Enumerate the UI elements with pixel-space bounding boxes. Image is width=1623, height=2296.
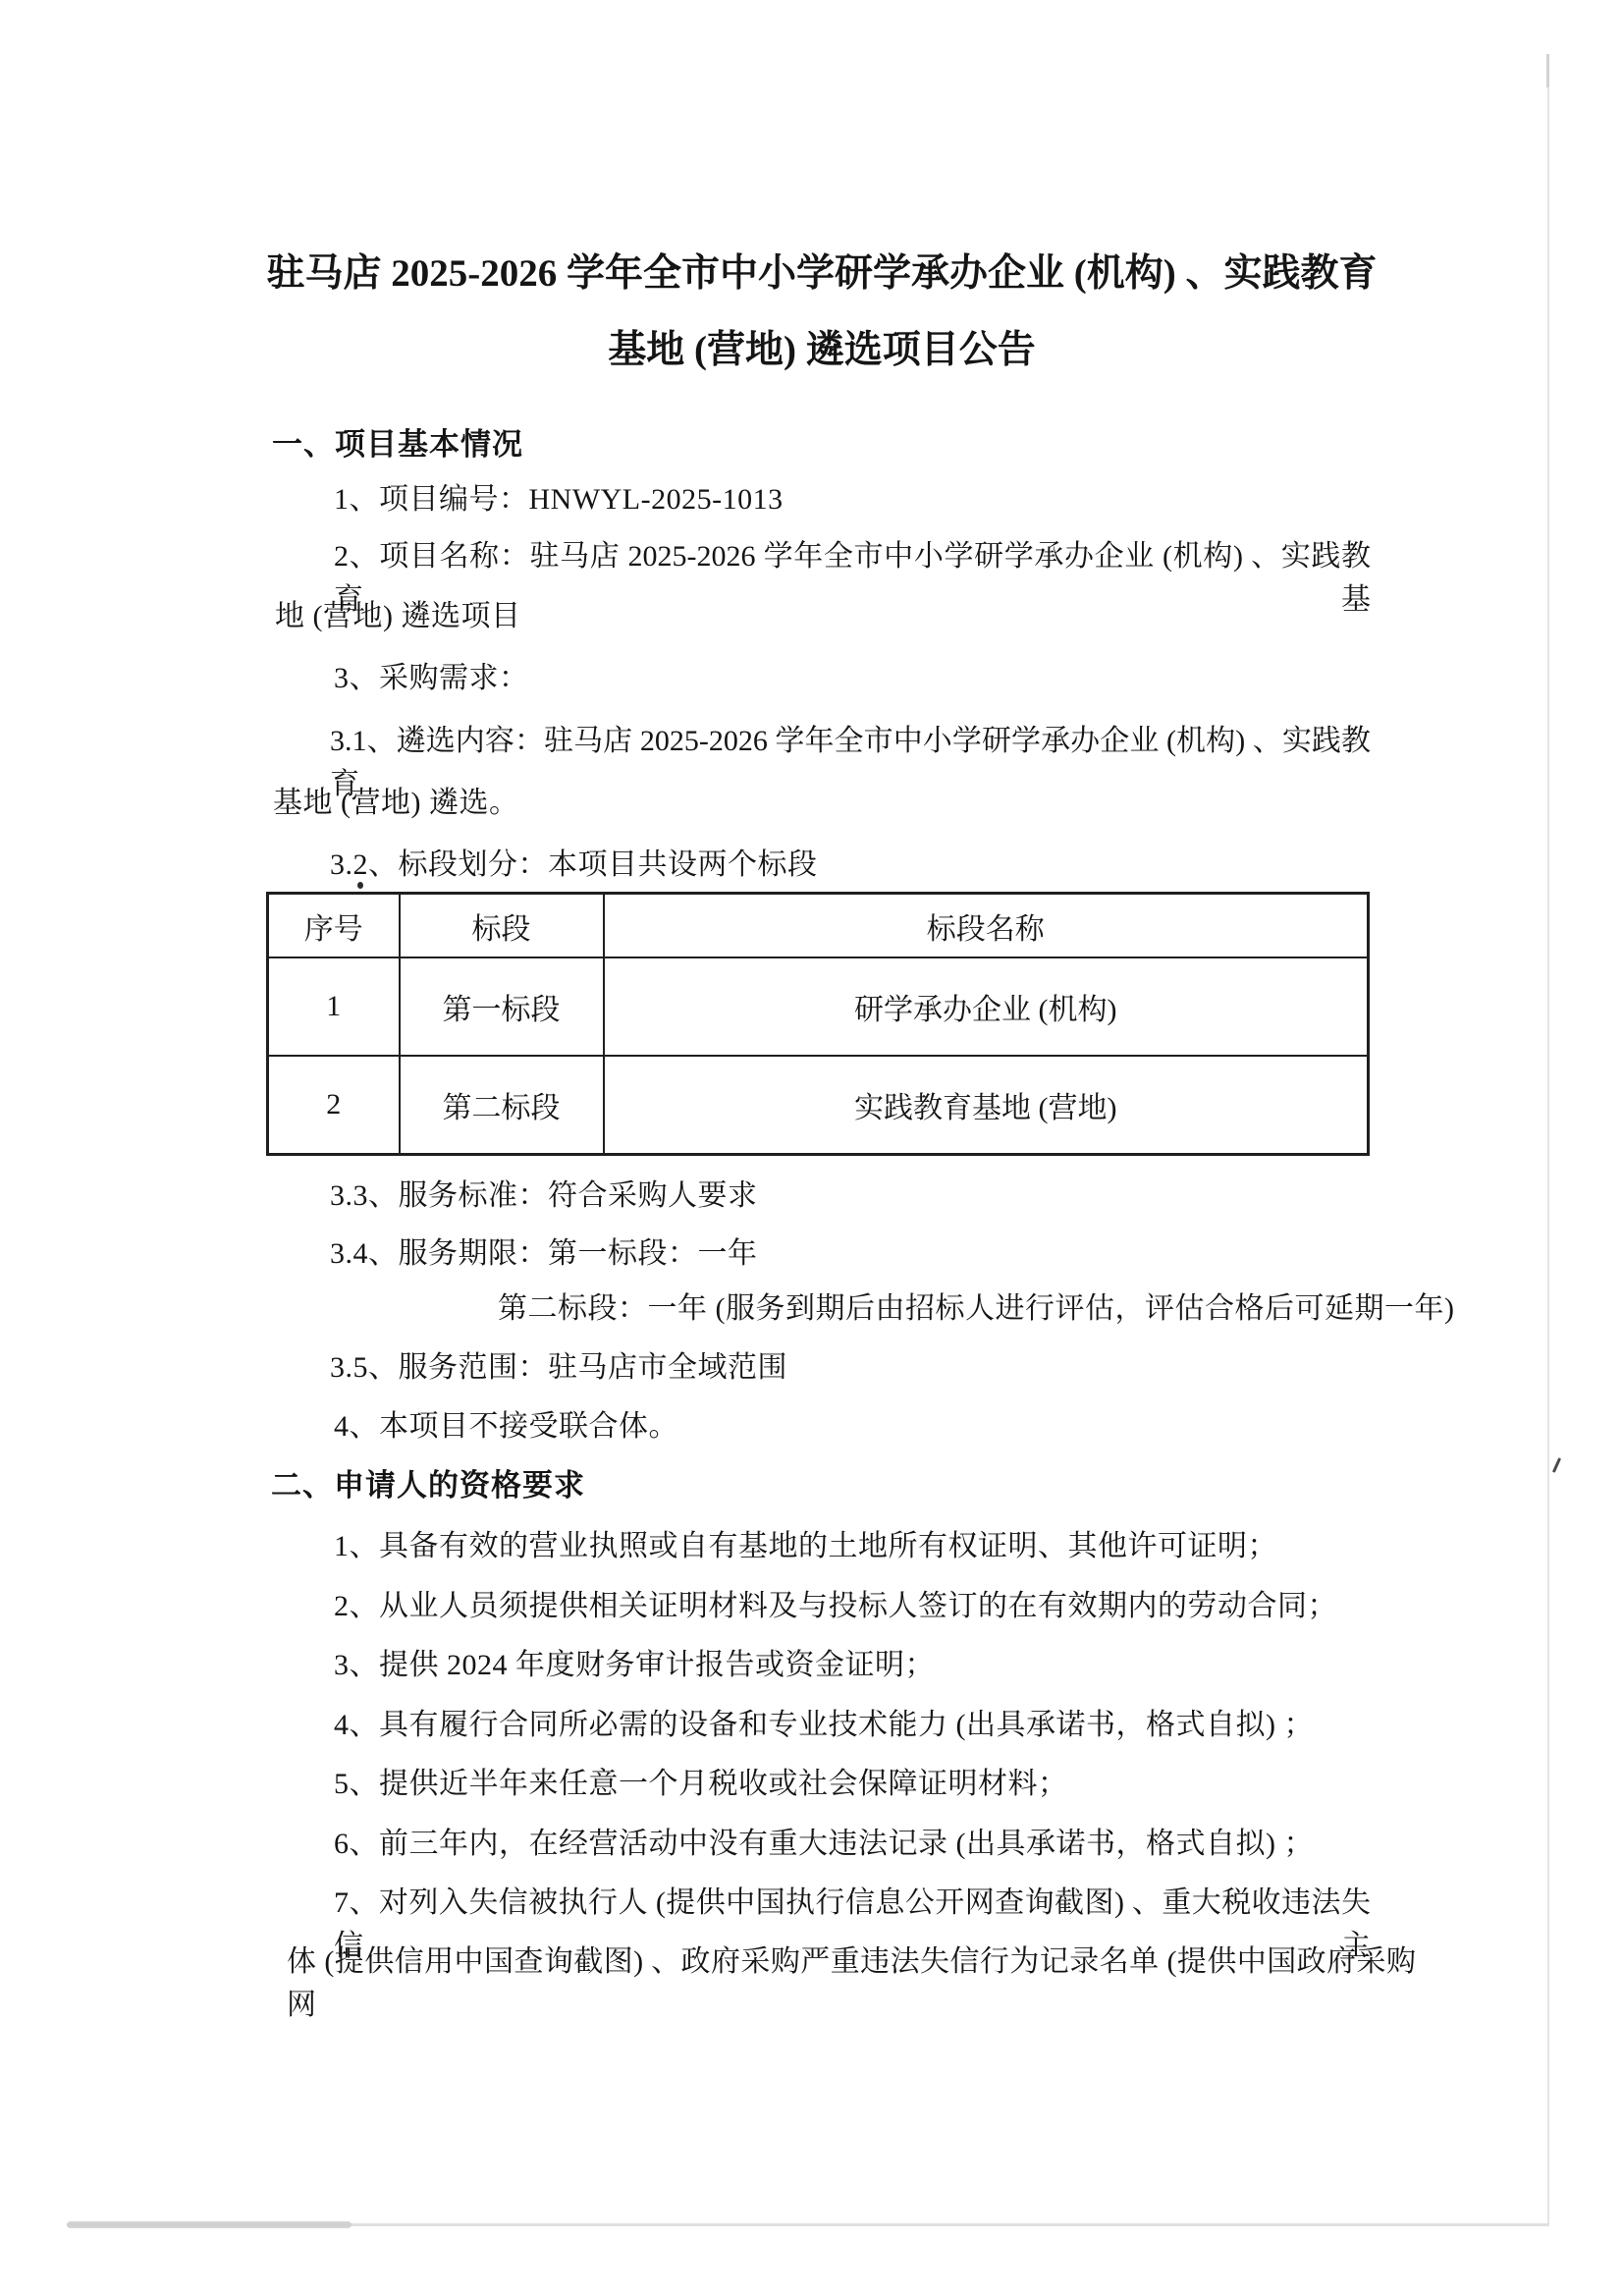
para-no-consortium: 4、本项目不接受联合体。	[334, 1405, 678, 1449]
table-row: 2 第二标段 实践教育基地 (营地)	[268, 1056, 1369, 1155]
para-project-name-cont: 地 (营地) 遴选项目	[275, 595, 520, 638]
page-edge-bottom-smudge	[67, 2221, 352, 2228]
table-cell-section-name: 研学承办企业 (机构)	[604, 957, 1369, 1056]
table-cell-index: 2	[268, 1056, 400, 1155]
document-title-line-1: 驻马店 2025-2026 学年全市中小学研学承办企业 (机构) 、实践教育	[267, 246, 1378, 301]
table-header-index: 序号	[268, 894, 400, 958]
para-selection-content-cont: 基地 (营地) 遴选。	[273, 782, 518, 825]
para-service-period: 3.4、服务期限：第一标段：一年	[330, 1232, 758, 1276]
page-edge-right-top	[1546, 54, 1549, 87]
scan-artifact-tick	[1552, 1457, 1561, 1473]
document-title-line-2: 基地 (营地) 遴选项目公告	[608, 323, 1035, 378]
para-project-number: 1、项目编号：HNWYL-2025-1013	[334, 478, 784, 521]
table-row: 1 第一标段 研学承办企业 (机构)	[268, 957, 1369, 1056]
para-service-period-cont: 第二标段：一年 (服务到期后由招标人进行评估，评估合格后可延期一年)	[498, 1287, 1454, 1331]
para-section-division: 3.2、标段划分：本项目共设两个标段	[330, 844, 818, 887]
para-qualification-7-cont: 体 (提供信用中国查询截图) 、政府采购严重违法失信行为记录名单 (提供中国政府…	[287, 1941, 1416, 2027]
document-page: 驻马店 2025-2026 学年全市中小学研学承办企业 (机构) 、实践教育 基…	[0, 0, 1623, 2296]
para-qualification-2: 2、从业人员须提供相关证明材料及与投标人签订的在有效期内的劳动合同；	[334, 1585, 1337, 1628]
section-heading-2: 二、申请人的资格要求	[271, 1464, 585, 1507]
table-cell-section: 第一标段	[400, 957, 604, 1056]
para-qualification-3: 3、提供 2024 年度财务审计报告或资金证明；	[334, 1644, 935, 1687]
para-service-standard: 3.3、服务标准：符合采购人要求	[330, 1175, 758, 1218]
scan-artifact-dot	[357, 882, 363, 889]
para-procurement-demand: 3、采购需求：	[334, 657, 529, 700]
para-qualification-6: 6、前三年内，在经营活动中没有重大违法记录 (出具承诺书，格式自拟) ；	[334, 1823, 1314, 1866]
table-cell-section-name: 实践教育基地 (营地)	[604, 1056, 1369, 1155]
page-edge-right	[1547, 54, 1549, 2226]
para-qualification-4: 4、具有履行合同所必需的设备和专业技术能力 (出具承诺书，格式自拟) ；	[334, 1704, 1314, 1747]
table-header-section-name: 标段名称	[604, 894, 1369, 958]
para-qualification-5: 5、提供近半年来任意一个月税收或社会保障证明材料；	[334, 1763, 1068, 1806]
table-header-section: 标段	[400, 894, 604, 958]
bid-sections-table: 序号 标段 标段名称 1 第一标段 研学承办企业 (机构) 2 第二标段 实践教…	[266, 892, 1370, 1156]
para-service-scope: 3.5、服务范围：驻马店市全域范围	[330, 1346, 787, 1390]
table-cell-section: 第二标段	[400, 1056, 604, 1155]
table-header-row: 序号 标段 标段名称	[268, 894, 1369, 958]
table-cell-index: 1	[268, 957, 400, 1056]
section-heading-1: 一、项目基本情况	[272, 423, 523, 466]
para-qualification-1: 1、具备有效的营业执照或自有基地的土地所有权证明、其他许可证明；	[334, 1525, 1277, 1568]
